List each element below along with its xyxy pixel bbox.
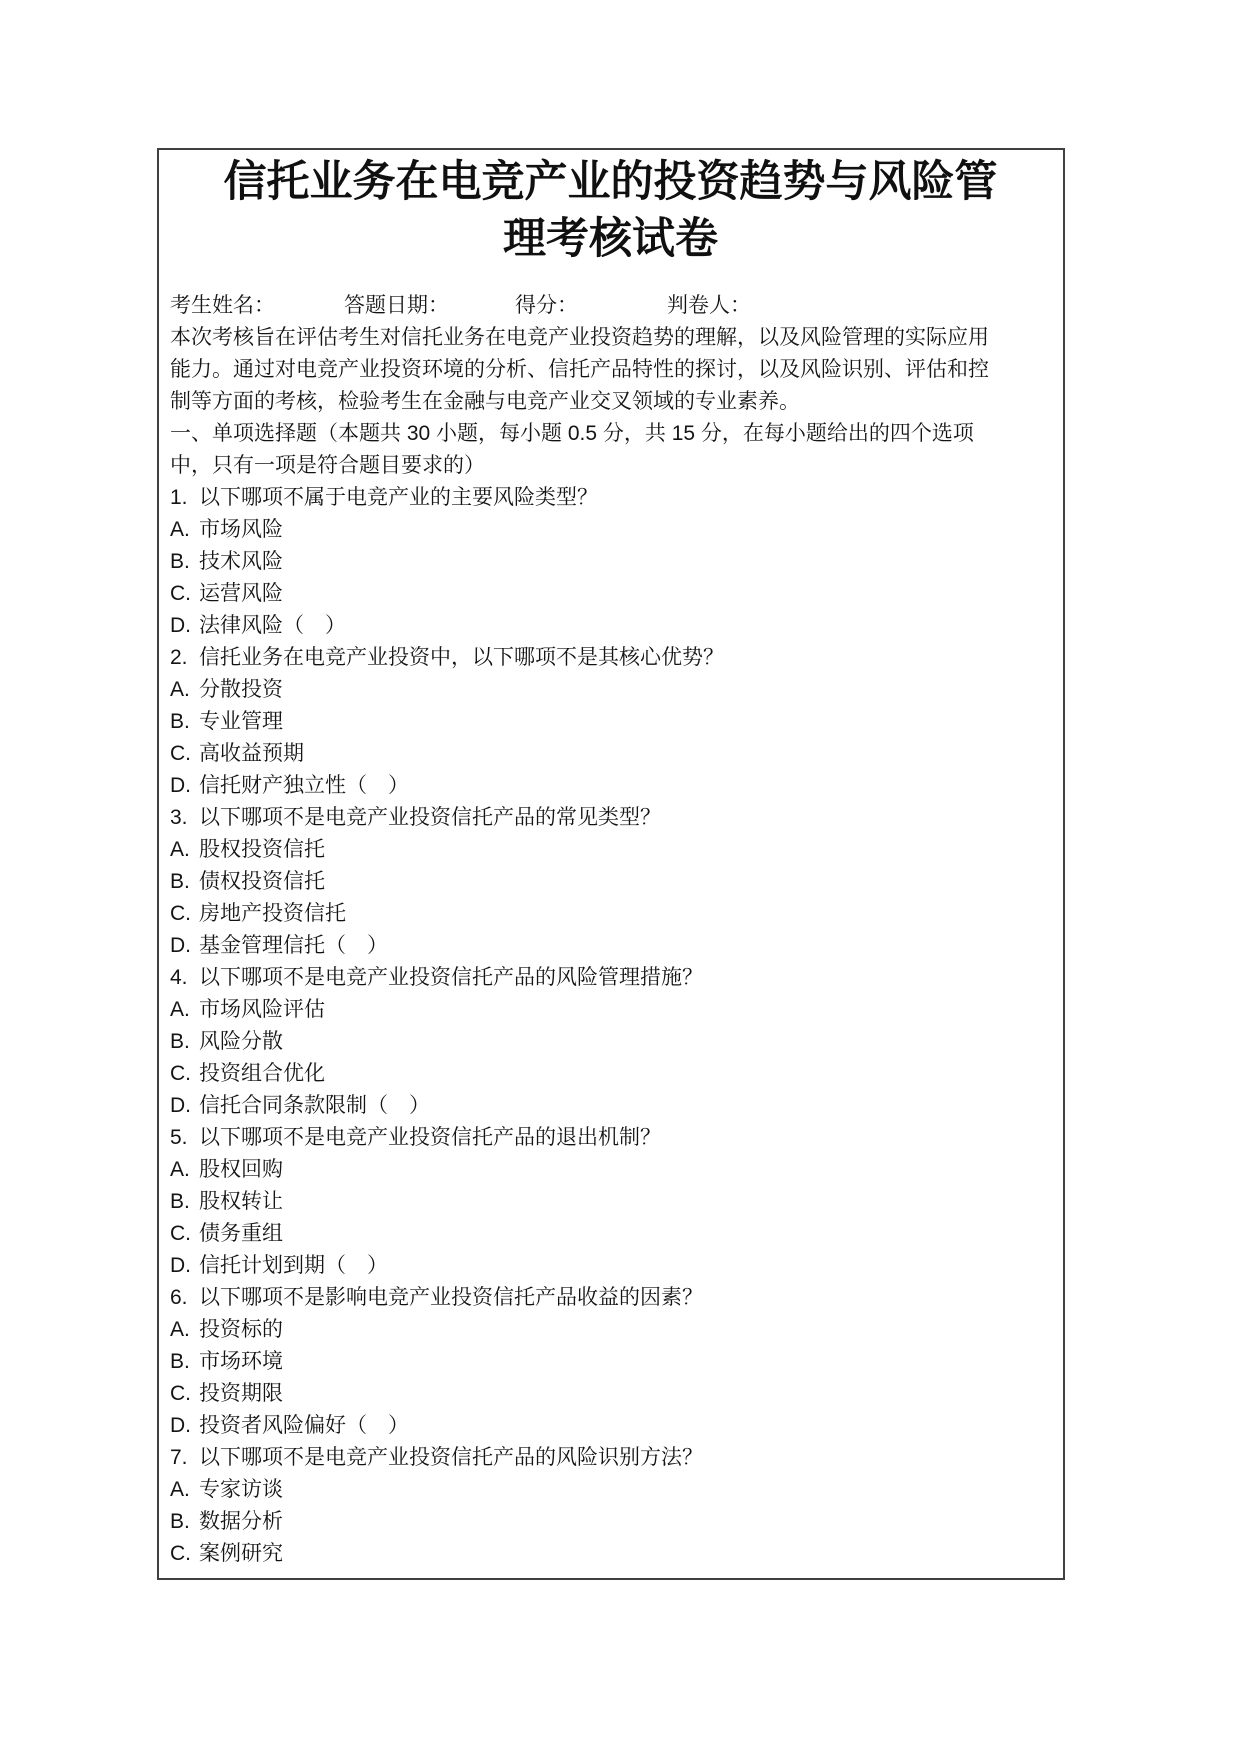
option-text: 技术风险 [199,546,1051,578]
answer-option: B.技术风险 [170,546,1051,578]
option-letter: A. [170,1154,199,1186]
question-text: 以下哪项不是电竞产业投资信托产品的退出机制？ [199,1122,1051,1154]
option-letter: C. [170,1378,199,1410]
question-line: 7. 以下哪项不是电竞产业投资信托产品的风险识别方法？ [170,1442,1051,1474]
answer-option: B.专业管理 [170,706,1051,738]
answer-option: B.债权投资信托 [170,866,1051,898]
candidate-info-row: 考生姓名：答题日期：得分：判卷人： [170,290,1051,322]
option-letter: A. [170,1474,199,1506]
question-line: 5. 以下哪项不是电竞产业投资信托产品的退出机制？ [170,1122,1051,1154]
answer-date-label: 答题日期： [344,290,449,322]
option-letter: D. [170,1090,199,1122]
option-text: 股权投资信托 [199,834,1051,866]
section-heading-line: 中，只有一项是符合题目要求的） [170,450,1051,482]
option-letter: B. [170,1026,199,1058]
answer-option: D.投资者风险偏好（ ） [170,1410,1051,1442]
answer-option: C.案例研究 [170,1538,1051,1570]
question-line: 4. 以下哪项不是电竞产业投资信托产品的风险管理措施？ [170,962,1051,994]
question-block: 3. 以下哪项不是电竞产业投资信托产品的常见类型？ A.股权投资信托B.债权投资… [170,802,1051,962]
answer-option: C.投资期限 [170,1378,1051,1410]
option-letter: D. [170,930,199,962]
question-block: 6. 以下哪项不是影响电竞产业投资信托产品收益的因素？ A.投资标的B.市场环境… [170,1282,1051,1442]
answer-option: B.风险分散 [170,1026,1051,1058]
question-block: 1. 以下哪项不属于电竞产业的主要风险类型？ A.市场风险B.技术风险C.运营风… [170,482,1051,642]
answer-option: D.信托计划到期（ ） [170,1250,1051,1282]
answer-option: A.股权回购 [170,1154,1051,1186]
exam-title-line2: 理考核试卷 [503,216,718,263]
question-number: 5. [170,1122,199,1154]
option-text: 市场风险评估 [199,994,1051,1026]
option-text: 房地产投资信托 [199,898,1051,930]
answer-option: D.法律风险（ ） [170,610,1051,642]
option-letter: C. [170,738,199,770]
exam-title-line1: 信托业务在电竞产业的投资趋势与风险管 [224,159,998,206]
option-text: 专家访谈 [199,1474,1051,1506]
option-letter: C. [170,898,199,930]
answer-option: A.投资标的 [170,1314,1051,1346]
option-letter: A. [170,674,199,706]
option-text: 运营风险 [199,578,1051,610]
option-letter: D. [170,770,199,802]
description-line: 能力。通过对电竞产业投资环境的分析、信托产品特性的探讨，以及风险识别、评估和控 [170,354,1051,386]
answer-option: D.信托合同条款限制（ ） [170,1090,1051,1122]
answer-option: C.房地产投资信托 [170,898,1051,930]
option-letter: A. [170,834,199,866]
answer-option: B.数据分析 [170,1506,1051,1538]
option-text: 投资组合优化 [199,1058,1051,1090]
option-text: 市场环境 [199,1346,1051,1378]
score-label: 得分： [515,290,578,322]
question-block: 4. 以下哪项不是电竞产业投资信托产品的风险管理措施？ A.市场风险评估B.风险… [170,962,1051,1122]
option-letter: B. [170,706,199,738]
option-text: 债权投资信托 [199,866,1051,898]
description-line: 制等方面的考核，检验考生在金融与电竞产业交叉领域的专业素养。 [170,386,1051,418]
section-heading-line: 一、单项选择题（本题共 30 小题，每小题 0.5 分，共 15 分，在每小题给… [170,418,1051,450]
answer-option: B.市场环境 [170,1346,1051,1378]
option-text: 专业管理 [199,706,1051,738]
option-text: 投资标的 [199,1314,1051,1346]
option-text: 投资者风险偏好（ ） [199,1410,1051,1442]
question-number: 3. [170,802,199,834]
option-text: 投资期限 [199,1378,1051,1410]
question-line: 3. 以下哪项不是电竞产业投资信托产品的常见类型？ [170,802,1051,834]
answer-option: C.运营风险 [170,578,1051,610]
option-letter: B. [170,866,199,898]
question-number: 2. [170,642,199,674]
question-line: 2. 信托业务在电竞产业投资中，以下哪项不是其核心优势？ [170,642,1051,674]
question-text: 以下哪项不是电竞产业投资信托产品的风险管理措施？ [199,962,1051,994]
question-number: 1. [170,482,199,514]
option-text: 法律风险（ ） [199,610,1051,642]
question-line: 1. 以下哪项不属于电竞产业的主要风险类型？ [170,482,1051,514]
answer-option: B.股权转让 [170,1186,1051,1218]
option-text: 股权转让 [199,1186,1051,1218]
option-text: 信托合同条款限制（ ） [199,1090,1051,1122]
question-block: 2. 信托业务在电竞产业投资中，以下哪项不是其核心优势？ A.分散投资B.专业管… [170,642,1051,802]
question-text: 以下哪项不属于电竞产业的主要风险类型？ [199,482,1051,514]
answer-option: A.专家访谈 [170,1474,1051,1506]
option-letter: B. [170,1506,199,1538]
option-text: 风险分散 [199,1026,1051,1058]
option-text: 信托财产独立性（ ） [199,770,1051,802]
answer-option: C.高收益预期 [170,738,1051,770]
option-letter: D. [170,1410,199,1442]
option-text: 债务重组 [199,1218,1051,1250]
section-heading: 一、单项选择题（本题共 30 小题，每小题 0.5 分，共 15 分，在每小题给… [170,418,1051,482]
option-letter: A. [170,514,199,546]
option-text: 数据分析 [199,1506,1051,1538]
question-text: 信托业务在电竞产业投资中，以下哪项不是其核心优势？ [199,642,1051,674]
question-text: 以下哪项不是电竞产业投资信托产品的常见类型？ [199,802,1051,834]
option-text: 信托计划到期（ ） [199,1250,1051,1282]
option-letter: C. [170,1058,199,1090]
option-letter: D. [170,610,199,642]
answer-option: A.分散投资 [170,674,1051,706]
answer-option: A.市场风险 [170,514,1051,546]
question-block: 7. 以下哪项不是电竞产业投资信托产品的风险识别方法？ A.专家访谈B.数据分析… [170,1442,1051,1570]
question-text: 以下哪项不是影响电竞产业投资信托产品收益的因素？ [199,1282,1051,1314]
question-number: 7. [170,1442,199,1474]
exam-description: 本次考核旨在评估考生对信托业务在电竞产业投资趋势的理解，以及风险管理的实际应用 … [170,322,1051,418]
answer-option: C.债务重组 [170,1218,1051,1250]
option-text: 股权回购 [199,1154,1051,1186]
question-text: 以下哪项不是电竞产业投资信托产品的风险识别方法？ [199,1442,1051,1474]
question-number: 6. [170,1282,199,1314]
option-letter: B. [170,1186,199,1218]
option-text: 案例研究 [199,1538,1051,1570]
answer-option: D.信托财产独立性（ ） [170,770,1051,802]
option-letter: C. [170,578,199,610]
answer-option: A.市场风险评估 [170,994,1051,1026]
answer-option: C.投资组合优化 [170,1058,1051,1090]
option-text: 高收益预期 [199,738,1051,770]
description-line: 本次考核旨在评估考生对信托业务在电竞产业投资趋势的理解，以及风险管理的实际应用 [170,322,1051,354]
option-letter: C. [170,1218,199,1250]
option-text: 基金管理信托（ ） [199,930,1051,962]
question-line: 6. 以下哪项不是影响电竞产业投资信托产品收益的因素？ [170,1282,1051,1314]
question-number: 4. [170,962,199,994]
option-text: 分散投资 [199,674,1051,706]
answer-option: A.股权投资信托 [170,834,1051,866]
option-letter: D. [170,1250,199,1282]
option-text: 市场风险 [199,514,1051,546]
option-letter: C. [170,1538,199,1570]
option-letter: A. [170,994,199,1026]
option-letter: B. [170,1346,199,1378]
exam-title: 信托业务在电竞产业的投资趋势与风险管理考核试卷 [170,154,1051,268]
question-list: 1. 以下哪项不属于电竞产业的主要风险类型？ A.市场风险B.技术风险C.运营风… [170,482,1051,1570]
option-letter: B. [170,546,199,578]
answer-option: D.基金管理信托（ ） [170,930,1051,962]
question-block: 5. 以下哪项不是电竞产业投资信托产品的退出机制？ A.股权回购B.股权转让C.… [170,1122,1051,1282]
exam-sheet: 信托业务在电竞产业的投资趋势与风险管理考核试卷 考生姓名：答题日期：得分：判卷人… [157,148,1065,1580]
grader-label: 判卷人： [667,290,751,322]
option-letter: A. [170,1314,199,1346]
candidate-name-label: 考生姓名： [170,290,275,322]
